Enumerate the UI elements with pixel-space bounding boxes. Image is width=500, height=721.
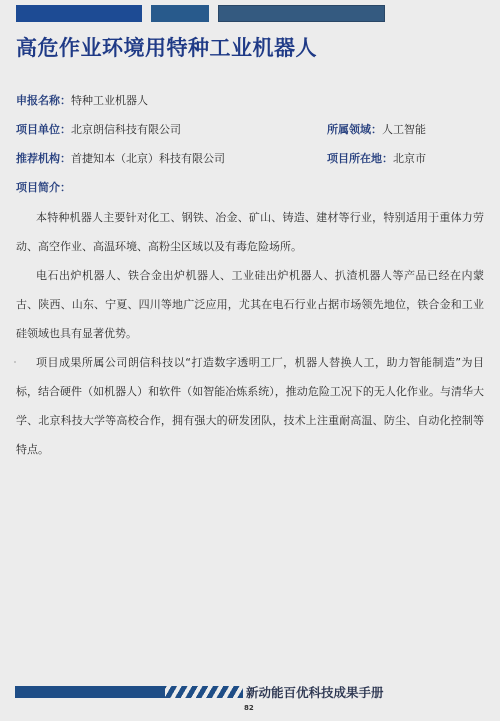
footer-title: 新动能百优科技成果手册 [246, 683, 384, 701]
field-value: 人工智能 [382, 123, 426, 136]
intro-paragraph-3: 项目成果所属公司朗信科技以“打造数字透明工厂，机器人替换人工，助力智能制造”为目… [16, 348, 484, 464]
header-decor-bar-3 [218, 5, 385, 22]
page-title: 高危作业环境用特种工业机器人 [16, 32, 317, 62]
field-project-name: 申报名称：特种工业机器人 [16, 94, 148, 108]
footer-decor-stripes [165, 686, 243, 698]
field-label: 项目所在地： [327, 152, 393, 165]
header-decor-bar-1 [16, 5, 142, 22]
field-location: 项目所在地：北京市 [327, 152, 426, 166]
field-label: 申报名称： [16, 94, 71, 107]
field-value: 北京市 [393, 152, 426, 165]
page-number: 82 [244, 704, 254, 712]
field-domain: 所属领域：人工智能 [327, 123, 426, 137]
field-label: 项目简介： [16, 181, 71, 194]
field-label: 推荐机构： [16, 152, 71, 165]
field-value: 首捷知本（北京）科技有限公司 [71, 152, 225, 165]
field-value: 北京朗信科技有限公司 [71, 123, 181, 136]
field-recommender: 推荐机构：首捷知本（北京）科技有限公司 [16, 152, 225, 166]
field-label: 项目单位： [16, 123, 71, 136]
field-intro-heading: 项目简介： [16, 181, 71, 195]
footer-decor-bar [15, 686, 165, 698]
header-decor-bar-2 [151, 5, 209, 22]
field-label: 所属领域： [327, 123, 382, 136]
intro-paragraph-2: 电石出炉机器人、铁合金出炉机器人、工业硅出炉机器人、扒渣机器人等产品已经在内蒙古… [16, 261, 484, 348]
field-value: 特种工业机器人 [71, 94, 148, 107]
field-project-unit: 项目单位：北京朗信科技有限公司 [16, 123, 181, 137]
intro-paragraph-1: 本特种机器人主要针对化工、钢铁、冶金、矿山、铸造、建材等行业，特别适用于重体力劳… [16, 203, 484, 261]
